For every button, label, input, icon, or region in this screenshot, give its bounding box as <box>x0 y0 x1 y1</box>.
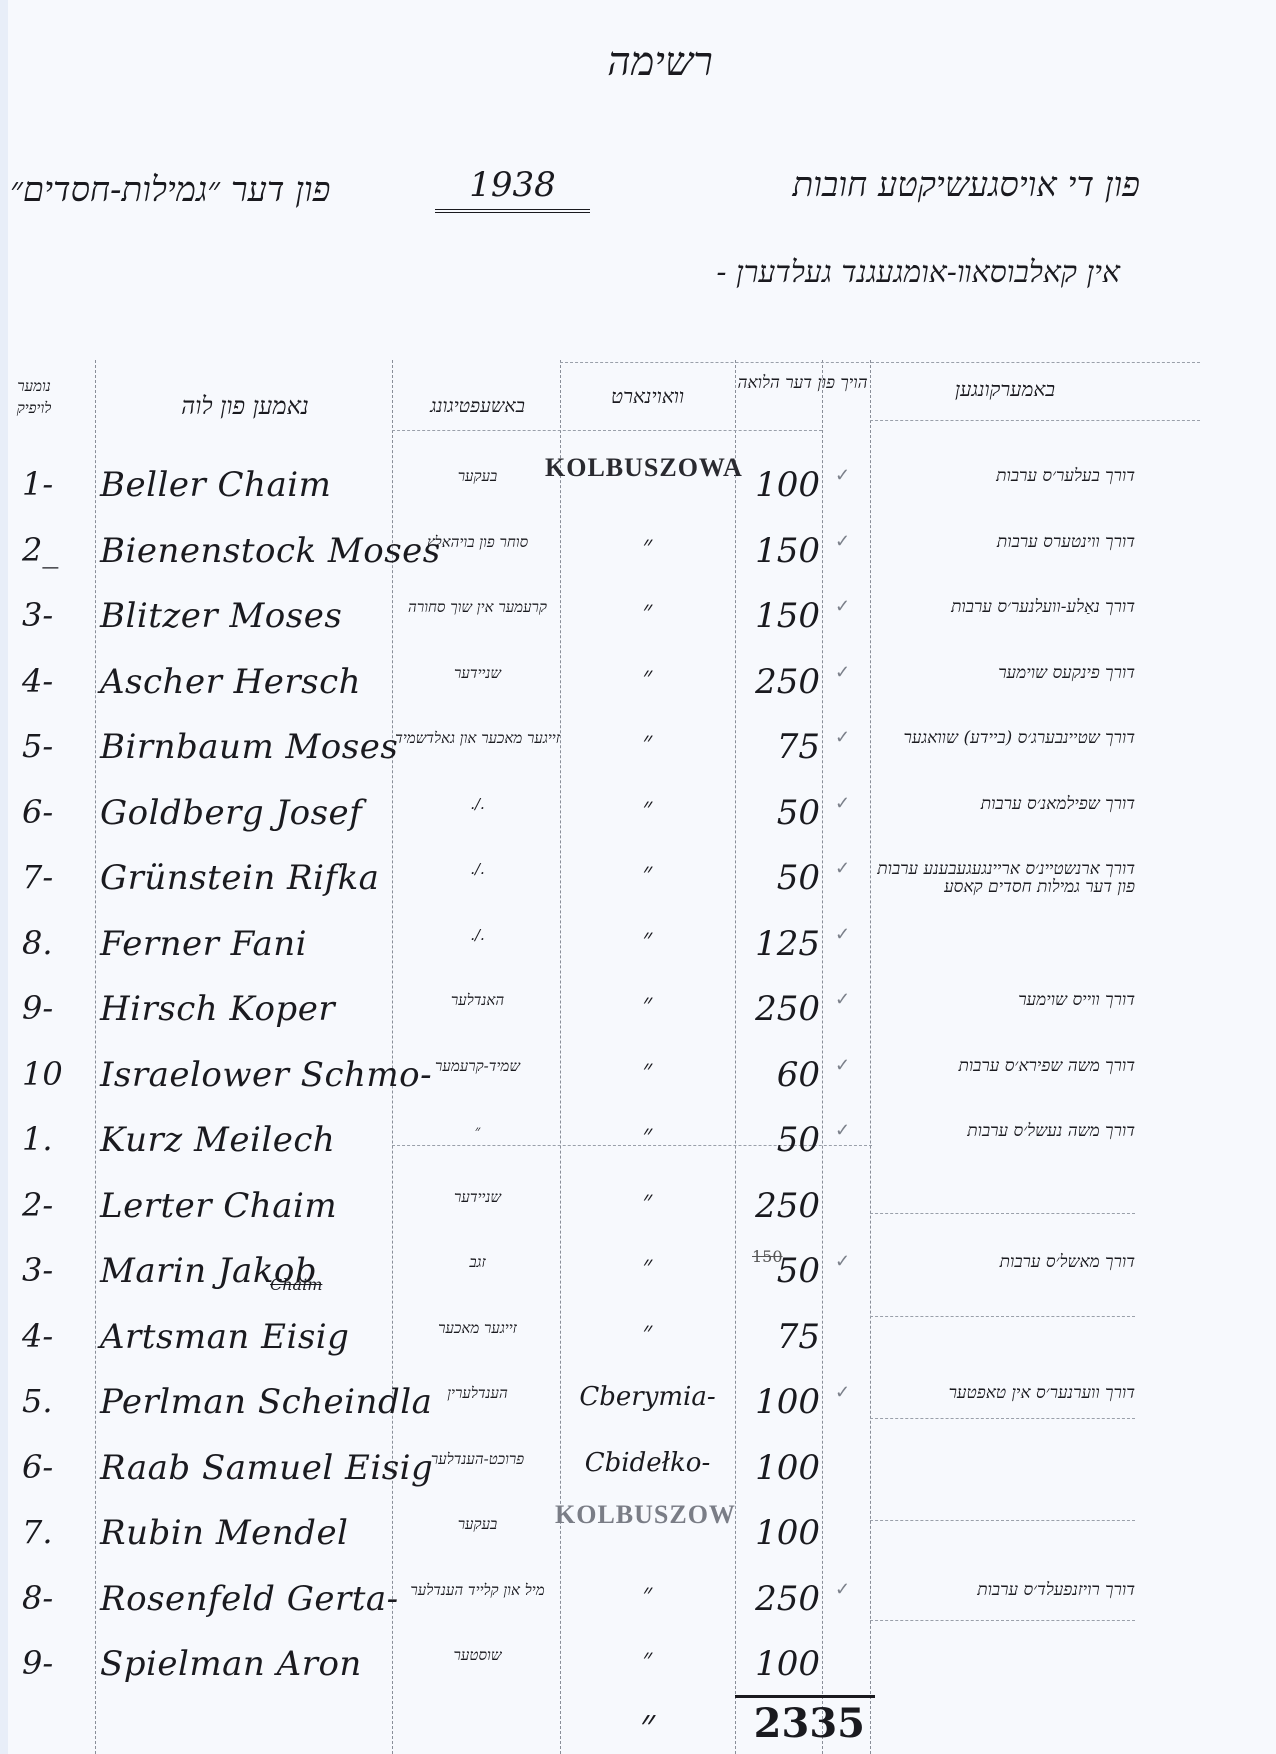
remark: דורך משה נעשל׳ס ערבות <box>870 1122 1135 1140</box>
header-rule <box>870 420 1200 421</box>
borrower-name: Ferner Fani <box>100 924 390 964</box>
table-row: 8-Rosenfeld Gerta-מיל און קלייד הענדלער״… <box>0 1579 1276 1631</box>
loan-amount: 50 <box>735 793 820 833</box>
column-header-amount: הויך פון דער הלואה <box>735 372 870 394</box>
loan-amount: 250 <box>735 1579 820 1619</box>
check-mark: ✓ <box>835 1055 865 1076</box>
remark: דורך שפילמאנ׳ס ערבות <box>870 795 1135 813</box>
row-number: 3- <box>22 1251 82 1289</box>
loan-amount: 75 <box>735 1317 820 1357</box>
total-amount: 2335 <box>735 1700 865 1747</box>
check-mark: ✓ <box>835 465 865 486</box>
row-number: 1- <box>22 465 82 503</box>
residence: ״ <box>560 1644 735 1674</box>
struck-name: Chaim <box>270 1275 322 1294</box>
borrower-name: Goldberg Josef <box>100 793 390 833</box>
struck-amount: 150 <box>752 1247 783 1266</box>
scanned-document-page: רשימה פון די אויסגעשיקטע חובות 1938 פון … <box>0 0 1276 1754</box>
residence: ״ <box>560 1317 735 1347</box>
row-number: 5- <box>22 727 82 765</box>
loan-amount: 150 <box>735 596 820 636</box>
occupation: הענדלערין <box>395 1384 560 1402</box>
remark: דורך מאשל׳ס ערבות <box>870 1253 1135 1271</box>
occupation: ./. <box>395 860 560 878</box>
occupation: ״ <box>395 1122 560 1140</box>
borrower-name: Beller Chaim <box>100 465 390 505</box>
residence: ״ <box>560 1055 735 1085</box>
loan-amount: 60 <box>735 1055 820 1095</box>
remark: דורך פינקעס שוימער <box>870 664 1135 682</box>
residence: ״ <box>560 727 735 757</box>
occupation: ./. <box>395 926 560 944</box>
loan-amount: 100 <box>735 1448 820 1488</box>
header-rule <box>560 362 1200 363</box>
check-mark: ✓ <box>835 662 865 683</box>
borrower-name: Perlman Scheindla <box>100 1382 390 1422</box>
table-row: 8.Ferner Fani./.״125✓ <box>0 924 1276 976</box>
check-mark: ✓ <box>835 793 865 814</box>
residence: ״ <box>560 793 735 823</box>
header-line-1-right: פון די אויסגעשיקטע חובות <box>793 165 1141 205</box>
residence: Cbidełko- <box>560 1448 735 1478</box>
table-row: 1.Kurz Meilech״״50✓דורך משה נעשל׳ס ערבות <box>0 1120 1276 1172</box>
table-row: 6-Raab Samuel Eisigפרוכט-הענדלערCbidełko… <box>0 1448 1276 1500</box>
loan-amount: 250 <box>735 989 820 1029</box>
row-number: 5. <box>22 1382 82 1420</box>
row-number: 8. <box>22 924 82 962</box>
kolbuszowa-stamp-faint: KOLBUSZOW <box>555 1500 736 1530</box>
row-number: 10 <box>22 1055 82 1093</box>
residence: ״ <box>560 1186 735 1216</box>
loan-amount: 100 <box>735 465 820 505</box>
borrower-name: Raab Samuel Eisig <box>100 1448 390 1488</box>
row-number: 4- <box>22 1317 82 1355</box>
column-header-remarks: באמערקונגען <box>880 378 1130 400</box>
table-row: 6-Goldberg Josef./.״50✓דורך שפילמאנ׳ס ער… <box>0 793 1276 845</box>
check-mark: ✓ <box>835 1120 865 1141</box>
row-number: 7. <box>22 1513 82 1551</box>
occupation: סוחר פון בויהאלץ <box>395 533 560 551</box>
remark: דורך ווינטערס ערבות <box>870 533 1135 551</box>
borrower-name: Bienenstock Moses <box>100 531 390 571</box>
loan-amount: 125 <box>735 924 820 964</box>
total-rule <box>735 1695 875 1698</box>
table-row: 7-Grünstein Rifka./.״50✓דורך ארנשטיינ׳ס … <box>0 858 1276 910</box>
residence: ״ <box>560 531 735 561</box>
kolbuszowa-stamp: KOLBUSZOWA <box>545 453 743 483</box>
row-number: 4- <box>22 662 82 700</box>
footer-ditto-mark: ״ <box>640 1700 655 1747</box>
row-number: 6- <box>22 793 82 831</box>
table-row: 9-Hirsch Koperהאנדלער״250✓דורך ווייס שוי… <box>0 989 1276 1041</box>
row-number: 2_ <box>22 531 82 569</box>
loan-amount: 50 <box>735 858 820 898</box>
borrower-name: Blitzer Moses <box>100 596 390 636</box>
occupation: זייגער מאכער <box>395 1319 560 1337</box>
row-number: 8- <box>22 1579 82 1617</box>
row-number: 7- <box>22 858 82 896</box>
row-number: 6- <box>22 1448 82 1486</box>
residence: ״ <box>560 662 735 692</box>
check-mark: ✓ <box>835 1382 865 1403</box>
header-year: 1938 <box>435 165 590 213</box>
check-mark: ✓ <box>835 596 865 617</box>
header-rule <box>392 430 822 431</box>
occupation: בעקער <box>395 467 560 485</box>
row-number: 9- <box>22 1644 82 1682</box>
table-row: 2-Lerter Chaimשניידער״250 <box>0 1186 1276 1238</box>
residence: ״ <box>560 924 735 954</box>
check-mark: ✓ <box>835 924 865 945</box>
check-mark: ✓ <box>835 1251 865 1272</box>
table-row: 4-Artsman Eisigזייגער מאכער״75 <box>0 1317 1276 1369</box>
occupation: שמיד-קרעמער <box>395 1057 560 1075</box>
column-header-residence: וואוינארט <box>560 385 735 407</box>
column-header-name: נאמען פון לוה <box>100 395 390 417</box>
occupation: שניידער <box>395 664 560 682</box>
borrower-name: Israelower Schmo- <box>100 1055 390 1095</box>
borrower-name: Grünstein Rifka <box>100 858 390 898</box>
occupation: שניידער <box>395 1188 560 1206</box>
occupation: ./. <box>395 795 560 813</box>
loan-amount: 250 <box>735 662 820 702</box>
row-number: 9- <box>22 989 82 1027</box>
row-number: 1. <box>22 1120 82 1158</box>
residence: ״ <box>560 1579 735 1609</box>
check-mark: ✓ <box>835 989 865 1010</box>
table-row: 2_Bienenstock Mosesסוחר פון בויהאלץ״150✓… <box>0 531 1276 583</box>
check-mark: ✓ <box>835 531 865 552</box>
residence: ״ <box>560 596 735 626</box>
borrower-name: Rosenfeld Gerta- <box>100 1579 390 1619</box>
residence: ״ <box>560 1120 735 1150</box>
check-mark: ✓ <box>835 858 865 879</box>
header-line-1-left: פון דער ״גמילות-חסדים״ <box>10 170 330 210</box>
remark: דורך ארנשטיינ׳ס אריינגעגעבענע ערבות פון … <box>870 860 1135 896</box>
check-mark: ✓ <box>835 727 865 748</box>
document-title: רשימה <box>600 38 720 85</box>
remark: דורך ווייס שוימער <box>870 991 1135 1009</box>
residence: ״ <box>560 858 735 888</box>
remark: דורך בעלער׳ס ערבות <box>870 467 1135 485</box>
header-line-2: אין קאלבוסאװ-אומגעגנד געלדערן - <box>180 255 1120 290</box>
borrower-name: Marin Jakob <box>100 1251 390 1291</box>
table-row: 5.Perlman ScheindlaהענדלעריןCberymia-100… <box>0 1382 1276 1434</box>
borrower-name: Rubin Mendel <box>100 1513 390 1553</box>
header-line-1: פון די אויסגעשיקטע חובות 1938 פון דער ״ג… <box>10 165 1140 245</box>
table-row: 5-Birnbaum Mosesזייגער מאכער און גאלדשמי… <box>0 727 1276 779</box>
remark: דורך משה שפירא׳ס ערבות <box>870 1057 1135 1075</box>
check-mark: ✓ <box>835 1579 865 1600</box>
column-header-number: נומער לויפיק <box>5 375 63 419</box>
residence: ״ <box>560 1251 735 1281</box>
occupation: זייגער מאכער און גאלדשמיד <box>395 729 560 747</box>
residence: ״ <box>560 989 735 1019</box>
remark: דורך שטיינבערג׳ס (ביידע) שוואגער <box>870 729 1135 747</box>
loan-amount: 150 <box>735 531 820 571</box>
occupation: מיל און קלייד הענדלער <box>395 1581 560 1599</box>
borrower-name: Kurz Meilech <box>100 1120 390 1160</box>
loan-amount: 250 <box>735 1186 820 1226</box>
loan-amount: 75 <box>735 727 820 767</box>
borrower-name: Birnbaum Moses <box>100 727 390 767</box>
borrower-name: Spielman Aron <box>100 1644 390 1684</box>
table-row: 3-Blitzer Mosesקרעמער אין שוך סחורה״150✓… <box>0 596 1276 648</box>
loan-amount: 100 <box>735 1644 820 1684</box>
column-header-occupation: באשעפטיגונג <box>395 395 560 417</box>
table-row: 10Israelower Schmo-שמיד-קרעמער״60✓דורך מ… <box>0 1055 1276 1107</box>
row-number: 2- <box>22 1186 82 1224</box>
occupation: בעקער <box>395 1515 560 1533</box>
remark: דורך רויזנפעלד׳ס ערבות <box>870 1581 1135 1599</box>
remark: דורך נאַלע-וועלנער׳ס ערבות <box>870 598 1135 616</box>
table-row: 9-Spielman Aronשוסטער״100 <box>0 1644 1276 1696</box>
occupation: פרוכט-הענדלער <box>395 1450 560 1468</box>
loan-amount: 100 <box>735 1513 820 1553</box>
occupation: שוסטער <box>395 1646 560 1664</box>
borrower-name: Lerter Chaim <box>100 1186 390 1226</box>
occupation: זגב <box>395 1253 560 1271</box>
borrower-name: Artsman Eisig <box>100 1317 390 1357</box>
occupation: האנדלער <box>395 991 560 1009</box>
remark: דורך ווערנער׳ס אין טאפטער <box>870 1384 1135 1402</box>
borrower-name: Ascher Hersch <box>100 662 390 702</box>
loan-amount: 50 <box>735 1120 820 1160</box>
table-row: 4-Ascher Herschשניידער״250✓דורך פינקעס ש… <box>0 662 1276 714</box>
table-row: 3-Marin Jakobזגב״50✓דורך מאשל׳ס ערבותCha… <box>0 1251 1276 1303</box>
borrower-name: Hirsch Koper <box>100 989 390 1029</box>
loan-amount: 100 <box>735 1382 820 1422</box>
occupation: קרעמער אין שוך סחורה <box>395 598 560 616</box>
residence: Cberymia- <box>560 1382 735 1412</box>
row-number: 3- <box>22 596 82 634</box>
